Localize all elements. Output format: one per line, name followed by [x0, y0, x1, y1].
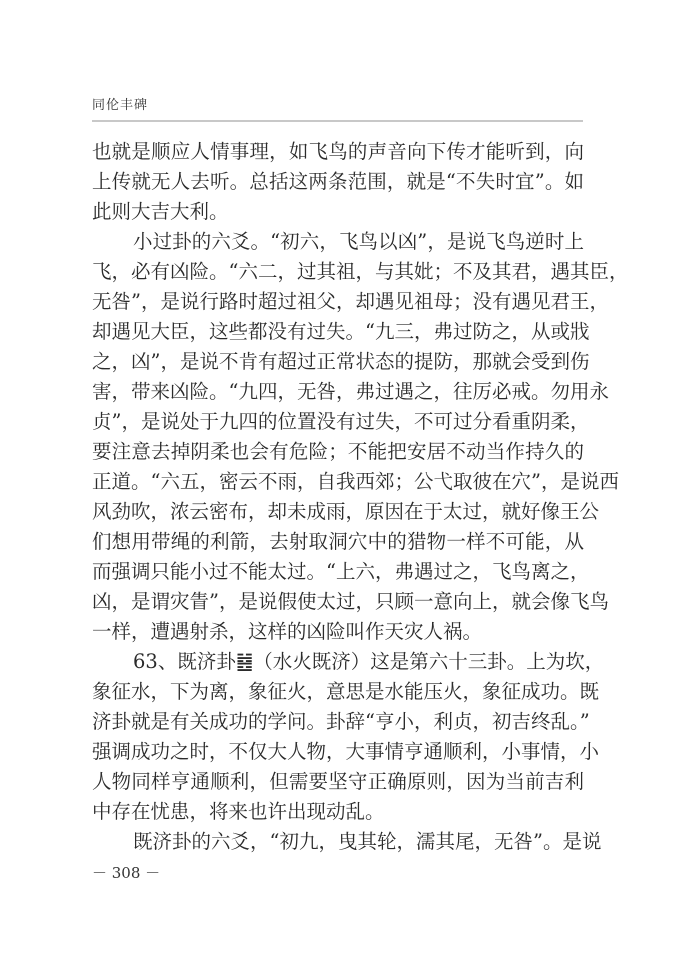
- running-title: 同伦丰碑: [92, 98, 148, 114]
- text-line: 既济卦的六爻，“初九，曳其轮，濡其尾，无咎”。是说: [92, 827, 584, 857]
- text-line: 象征水，下为离，象征火，意思是水能压火，象征成功。既: [92, 677, 584, 707]
- text-line: 上传就无人去听。总括这两条范围，就是“不失时宜”。如: [92, 167, 584, 197]
- paragraph: 小过卦的六爻。“初六，飞鸟以凶”，是说飞鸟逆时上 飞，必有凶险。“六二，过其祖，…: [92, 227, 584, 647]
- paragraph: 63、既济卦䷾（水火既济）这是第六十三卦。上为坎， 象征水，下为离，象征火，意思…: [92, 647, 584, 827]
- text-line: 也就是顺应人情事理，如飞鸟的声音向下传才能听到，向: [92, 137, 584, 167]
- paragraph: 既济卦的六爻，“初九，曳其轮，濡其尾，无咎”。是说: [92, 827, 584, 857]
- paragraph: 也就是顺应人情事理，如飞鸟的声音向下传才能听到，向 上传就无人去听。总括这两条范…: [92, 137, 584, 227]
- text-line: 害，带来凶险。“九四，无咎，弗过遇之，往厉必戒。勿用永: [92, 377, 584, 407]
- text-line: 人物同样亨通顺利，但需要坚守正确原则，因为当前吉利: [92, 767, 584, 797]
- text-line: 飞，必有凶险。“六二，过其祖，与其妣；不及其君，遇其臣，: [92, 257, 584, 287]
- page-number: － 308 －: [92, 864, 160, 882]
- text-line: 凶，是谓灾眚”，是说假使太过，只顾一意向上，就会像飞鸟: [92, 587, 584, 617]
- body-text: 也就是顺应人情事理，如飞鸟的声音向下传才能听到，向 上传就无人去听。总括这两条范…: [92, 137, 584, 857]
- text-line: 却遇见大臣，这些都没有过失。“九三，弗过防之，从或戕: [92, 317, 584, 347]
- text-line: 们想用带绳的利箭，去射取洞穴中的猎物一样不可能，从: [92, 527, 584, 557]
- text-line: 要注意去掉阴柔也会有危险；不能把安居不动当作持久的: [92, 437, 584, 467]
- text-line: 中存在忧患，将来也许出现动乱。: [92, 797, 584, 827]
- text-line: 小过卦的六爻。“初六，飞鸟以凶”，是说飞鸟逆时上: [92, 227, 584, 257]
- text-line: 强调成功之时，不仅大人物，大事情亨通顺利，小事情，小: [92, 737, 584, 767]
- text-line: 此则大吉大利。: [92, 197, 584, 227]
- text-line: 贞”，是说处于九四的位置没有过失，不可过分看重阴柔，: [92, 407, 584, 437]
- text-line: 63、既济卦䷾（水火既济）这是第六十三卦。上为坎，: [92, 647, 584, 677]
- text-line: 一样，遭遇射杀，这样的凶险叫作天灾人祸。: [92, 617, 584, 647]
- text-line: 风劲吹，浓云密布，却未成雨，原因在于太过，就好像王公: [92, 497, 584, 527]
- header-rule: [92, 120, 583, 122]
- text-line: 之，凶”，是说不肯有超过正常状态的提防，那就会受到伤: [92, 347, 584, 377]
- text-line: 无咎”，是说行路时超过祖父，却遇见祖母；没有遇见君王，: [92, 287, 584, 317]
- text-line: 正道。“六五，密云不雨，自我西郊；公弋取彼在穴”，是说西: [92, 467, 584, 497]
- text-line: 济卦就是有关成功的学问。卦辞“亨小，利贞，初吉终乱。”: [92, 707, 584, 737]
- text-line: 而强调只能小过不能太过。“上六，弗遇过之，飞鸟离之，: [92, 557, 584, 587]
